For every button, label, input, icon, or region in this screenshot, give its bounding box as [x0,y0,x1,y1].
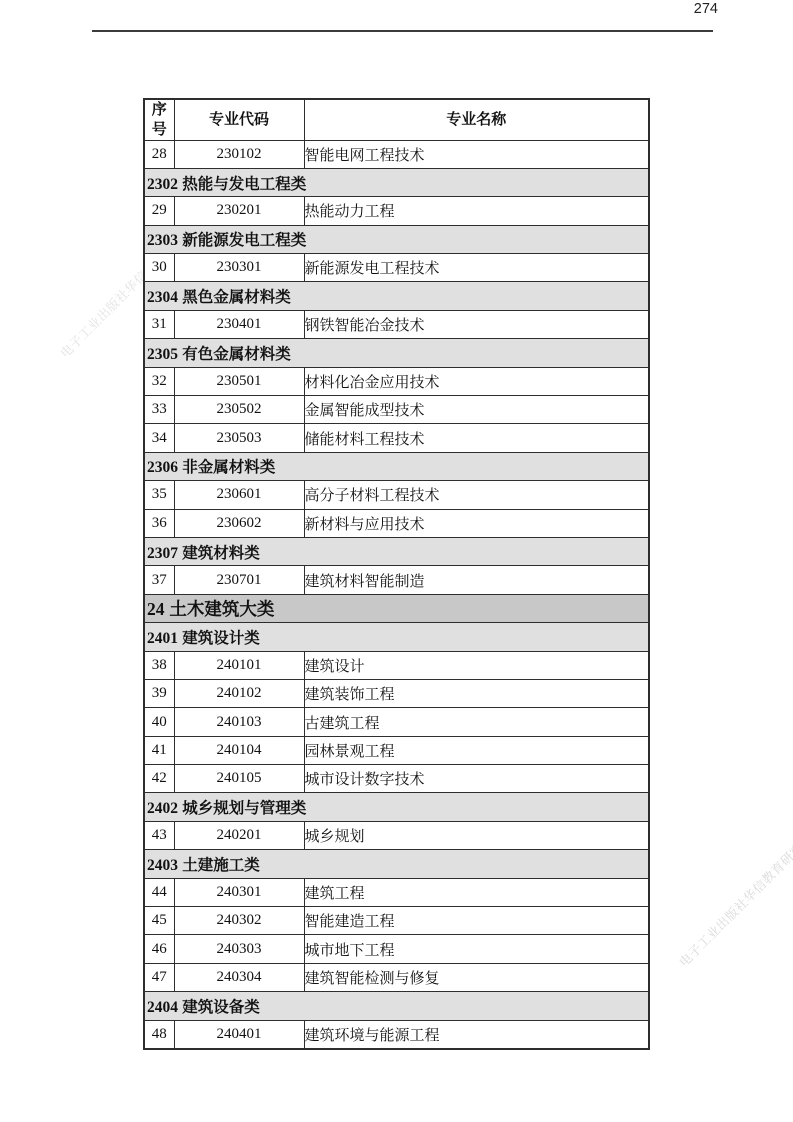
major-name-cell: 建筑设计 [304,651,649,679]
major-name-cell: 热能动力工程 [304,197,649,225]
row-index-cell: 32 [144,367,174,395]
row-index-cell: 47 [144,963,174,991]
majors-table: 序号 专业代码 专业名称 28230102智能电网工程技术2302 热能与发电工… [143,98,650,1050]
subcategory-header-row: 2403 土建施工类 [144,850,649,878]
table-row: 30230301新能源发电工程技术 [144,254,649,282]
section-label-cell: 2401 建筑设计类 [144,623,649,651]
section-label-cell: 2307 建筑材料类 [144,537,649,565]
table-row: 28230102智能电网工程技术 [144,140,649,168]
section-label-cell: 2302 热能与发电工程类 [144,168,649,196]
table-row: 29230201热能动力工程 [144,197,649,225]
row-index-cell: 31 [144,310,174,338]
section-label-cell: 2404 建筑设备类 [144,992,649,1020]
major-code-cell: 240302 [174,907,304,935]
table-row: 31230401钢铁智能冶金技术 [144,310,649,338]
section-label-cell: 2303 新能源发电工程类 [144,225,649,253]
major-name-cell: 储能材料工程技术 [304,424,649,452]
major-code-cell: 230301 [174,254,304,282]
row-index-cell: 33 [144,396,174,424]
major-name-cell: 建筑环境与能源工程 [304,1020,649,1048]
major-name-cell: 金属智能成型技术 [304,396,649,424]
header-major-code: 专业代码 [174,99,304,140]
table-row: 39240102建筑装饰工程 [144,679,649,707]
major-code-cell: 240104 [174,736,304,764]
table-row: 38240101建筑设计 [144,651,649,679]
row-index-cell: 35 [144,481,174,509]
table-row: 36230602新材料与应用技术 [144,509,649,537]
table-row: 45240302智能建造工程 [144,907,649,935]
major-code-cell: 240303 [174,935,304,963]
row-index-cell: 37 [144,566,174,594]
subcategory-header-row: 2404 建筑设备类 [144,992,649,1020]
header-rule [92,30,713,32]
major-name-cell: 高分子材料工程技术 [304,481,649,509]
header-index: 序号 [144,99,174,140]
major-name-cell: 建筑智能检测与修复 [304,963,649,991]
subcategory-header-row: 2302 热能与发电工程类 [144,168,649,196]
row-index-cell: 46 [144,935,174,963]
table-row: 34230503储能材料工程技术 [144,424,649,452]
section-label-cell: 2304 黑色金属材料类 [144,282,649,310]
row-index-cell: 38 [144,651,174,679]
major-name-cell: 城市地下工程 [304,935,649,963]
table-row: 40240103古建筑工程 [144,708,649,736]
table-row: 41240104园林景观工程 [144,736,649,764]
major-code-cell: 240304 [174,963,304,991]
row-index-cell: 48 [144,1020,174,1048]
row-index-cell: 42 [144,765,174,793]
row-index-cell: 45 [144,907,174,935]
major-name-cell: 智能电网工程技术 [304,140,649,168]
major-name-cell: 城市设计数字技术 [304,765,649,793]
major-code-cell: 240201 [174,821,304,849]
section-label-cell: 2403 土建施工类 [144,850,649,878]
category-header-row: 24 土木建筑大类 [144,594,649,622]
subcategory-header-row: 2306 非金属材料类 [144,452,649,480]
table-row: 43240201城乡规划 [144,821,649,849]
table-row: 46240303城市地下工程 [144,935,649,963]
majors-table-body: 28230102智能电网工程技术2302 热能与发电工程类29230201热能动… [144,140,649,1049]
table-row: 47240304建筑智能检测与修复 [144,963,649,991]
table-row: 37230701建筑材料智能制造 [144,566,649,594]
major-name-cell: 建筑装饰工程 [304,679,649,707]
subcategory-header-row: 2401 建筑设计类 [144,623,649,651]
section-label-cell: 2306 非金属材料类 [144,452,649,480]
major-code-cell: 230602 [174,509,304,537]
major-code-cell: 240301 [174,878,304,906]
table-row: 35230601高分子材料工程技术 [144,481,649,509]
major-code-cell: 240102 [174,679,304,707]
row-index-cell: 36 [144,509,174,537]
major-code-cell: 230501 [174,367,304,395]
major-code-cell: 230401 [174,310,304,338]
major-code-cell: 230601 [174,481,304,509]
major-code-cell: 240101 [174,651,304,679]
row-index-cell: 43 [144,821,174,849]
row-index-cell: 30 [144,254,174,282]
major-name-cell: 材料化冶金应用技术 [304,367,649,395]
row-index-cell: 44 [144,878,174,906]
row-index-cell: 40 [144,708,174,736]
major-code-cell: 240105 [174,765,304,793]
section-label-cell: 24 土木建筑大类 [144,594,649,622]
major-code-cell: 240401 [174,1020,304,1048]
row-index-cell: 34 [144,424,174,452]
table-row: 48240401建筑环境与能源工程 [144,1020,649,1048]
major-code-cell: 240103 [174,708,304,736]
major-code-cell: 230502 [174,396,304,424]
table-header-row: 序号 专业代码 专业名称 [144,99,649,140]
table-row: 44240301建筑工程 [144,878,649,906]
major-name-cell: 建筑工程 [304,878,649,906]
major-name-cell: 园林景观工程 [304,736,649,764]
major-name-cell: 智能建造工程 [304,907,649,935]
major-name-cell: 建筑材料智能制造 [304,566,649,594]
major-code-cell: 230701 [174,566,304,594]
watermark-right: 电子工业出版社华信教育研究所 [675,829,793,970]
subcategory-header-row: 2307 建筑材料类 [144,537,649,565]
major-name-cell: 古建筑工程 [304,708,649,736]
row-index-cell: 29 [144,197,174,225]
subcategory-header-row: 2305 有色金属材料类 [144,339,649,367]
table-row: 42240105城市设计数字技术 [144,765,649,793]
table-row: 33230502金属智能成型技术 [144,396,649,424]
section-label-cell: 2402 城乡规划与管理类 [144,793,649,821]
major-name-cell: 新材料与应用技术 [304,509,649,537]
header-major-name: 专业名称 [304,99,649,140]
major-name-cell: 新能源发电工程技术 [304,254,649,282]
subcategory-header-row: 2304 黑色金属材料类 [144,282,649,310]
page-number: 274 [688,1,718,17]
major-code-cell: 230503 [174,424,304,452]
major-name-cell: 钢铁智能冶金技术 [304,310,649,338]
subcategory-header-row: 2303 新能源发电工程类 [144,225,649,253]
major-code-cell: 230201 [174,197,304,225]
major-code-cell: 230102 [174,140,304,168]
row-index-cell: 41 [144,736,174,764]
row-index-cell: 39 [144,679,174,707]
subcategory-header-row: 2402 城乡规划与管理类 [144,793,649,821]
section-label-cell: 2305 有色金属材料类 [144,339,649,367]
major-name-cell: 城乡规划 [304,821,649,849]
table-row: 32230501材料化冶金应用技术 [144,367,649,395]
row-index-cell: 28 [144,140,174,168]
